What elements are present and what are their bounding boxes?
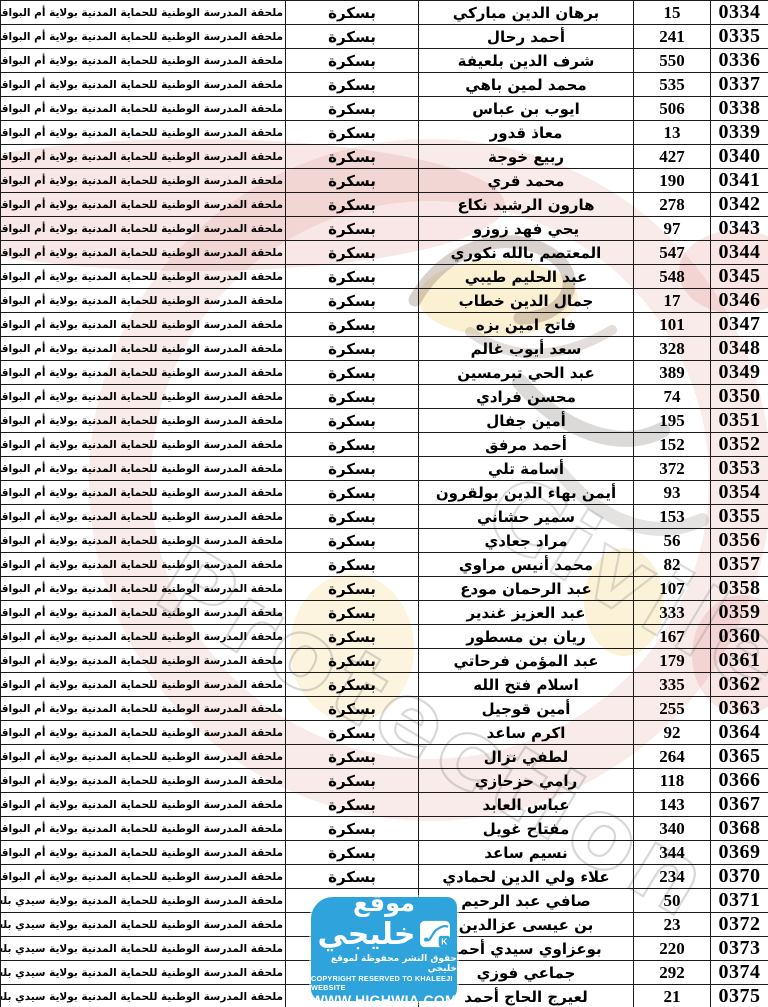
table-row: ملحقة المدرسة الوطنية للحماية المدنية بو… [1,865,768,889]
cell-school: ملحقة المدرسة الوطنية للحماية المدنية بو… [1,817,286,841]
table-row: ملحقة المدرسة الوطنية للحماية المدنية بو… [1,433,768,457]
cell-school: ملحقة المدرسة الوطنية للحماية المدنية بو… [1,913,286,937]
cell-serial: 15 [634,1,711,25]
cell-school: ملحقة المدرسة الوطنية للحماية المدنية بو… [1,865,286,889]
cell-city: بسكرة [286,385,419,409]
cell-school: ملحقة المدرسة الوطنية للحماية المدنية بو… [1,385,286,409]
cell-city: بسكرة [286,217,419,241]
table-row: ملحقة المدرسة الوطنية للحماية المدنية بو… [1,697,768,721]
cell-serial: 93 [634,481,711,505]
cell-school: ملحقة المدرسة الوطنية للحماية المدنية بو… [1,121,286,145]
cell-school: ملحقة المدرسة الوطنية للحماية المدنية بو… [1,169,286,193]
cell-id: 0374 [711,961,768,985]
cell-name: عباس العابد [419,793,634,817]
cell-school: ملحقة المدرسة الوطنية للحماية المدنية بو… [1,793,286,817]
cell-id: 0340 [711,145,768,169]
cell-city: بسكرة [286,625,419,649]
table-row: ملحقة المدرسة الوطنية للحماية المدنية بو… [1,385,768,409]
roster-table: ملحقة المدرسة الوطنية للحماية المدنية بو… [0,0,768,1007]
cell-city: بسكرة [286,313,419,337]
cell-school: ملحقة المدرسة الوطنية للحماية المدنية بو… [1,217,286,241]
cell-name: عبد الرحمان مودع [419,577,634,601]
cell-name: عبد العزيز غندير [419,601,634,625]
cell-city: بسكرة [286,337,419,361]
cell-id: 0375 [711,985,768,1007]
cell-city: بسكرة [286,697,419,721]
cell-id: 0362 [711,673,768,697]
cell-city: بسكرة [286,649,419,673]
badge-brand-word: خليجي [317,917,415,952]
cell-id: 0364 [711,721,768,745]
cell-serial: 82 [634,553,711,577]
cell-name: ربيع خوجة [419,145,634,169]
cell-city: بسكرة [286,49,419,73]
table-row: ملحقة المدرسة الوطنية للحماية المدنية بو… [1,505,768,529]
badge-site-url: WWW.HIGHWIA.COM [311,992,457,1007]
cell-id: 0354 [711,481,768,505]
cell-serial: 292 [634,961,711,985]
cell-serial: 97 [634,217,711,241]
cell-serial: 427 [634,145,711,169]
cell-id: 0342 [711,193,768,217]
cell-city: بسكرة [286,745,419,769]
cell-id: 0353 [711,457,768,481]
cell-city: بسكرة [286,265,419,289]
badge-rights-arabic: حقوق النشر محفوظة لموقع خليجي [311,954,457,974]
table-row: ملحقة المدرسة الوطنية للحماية المدنية بو… [1,601,768,625]
cell-name: عبد الحليم طيبي [419,265,634,289]
cell-school: ملحقة المدرسة الوطنية للحماية المدنية بو… [1,649,286,673]
cell-school: ملحقة المدرسة الوطنية للحماية المدنية بو… [1,697,286,721]
cell-serial: 190 [634,169,711,193]
cell-id: 0373 [711,937,768,961]
cell-school: ملحقة المدرسة الوطنية للحماية المدنية بو… [1,73,286,97]
cell-name: أحمد مرفق [419,433,634,457]
cell-serial: 179 [634,649,711,673]
table-row: ملحقة المدرسة الوطنية للحماية المدنية بو… [1,217,768,241]
cell-id: 0344 [711,241,768,265]
cell-name: نسيم ساعد [419,841,634,865]
cell-name: علاء ولي الدين لحمادي [419,865,634,889]
cell-school: ملحقة المدرسة الوطنية للحماية المدنية بو… [1,193,286,217]
table-row: ملحقة المدرسة الوطنية للحماية المدنية بو… [1,673,768,697]
cell-id: 0372 [711,913,768,937]
cell-city: بسكرة [286,793,419,817]
cell-name: أمين قوجيل [419,697,634,721]
table-row: ملحقة المدرسة الوطنية للحماية المدنية بو… [1,73,768,97]
cell-city: بسكرة [286,361,419,385]
cell-city: بسكرة [286,25,419,49]
cell-school: ملحقة المدرسة الوطنية للحماية المدنية بو… [1,313,286,337]
cell-id: 0366 [711,769,768,793]
cell-school: ملحقة المدرسة الوطنية للحماية المدنية بو… [1,481,286,505]
cell-city: بسكرة [286,553,419,577]
cell-serial: 535 [634,73,711,97]
cell-id: 0337 [711,73,768,97]
cell-serial: 92 [634,721,711,745]
cell-id: 0352 [711,433,768,457]
cell-school: ملحقة المدرسة الوطنية للحماية المدنية بو… [1,241,286,265]
logo-letter: K [441,937,447,947]
cell-name: شرف الدين بلعيفة [419,49,634,73]
cell-city: بسكرة [286,193,419,217]
cell-id: 0341 [711,169,768,193]
table-row: ملحقة المدرسة الوطنية للحماية المدنية بو… [1,529,768,553]
cell-serial: 152 [634,433,711,457]
cell-name: محمد أنيس مراوي [419,553,634,577]
cell-id: 0335 [711,25,768,49]
cell-serial: 143 [634,793,711,817]
cell-school: ملحقة المدرسة الوطنية للحماية المدنية بو… [1,673,286,697]
cell-id: 0351 [711,409,768,433]
cell-serial: 340 [634,817,711,841]
cell-serial: 255 [634,697,711,721]
cell-name: جمال الدين خطاب [419,289,634,313]
cell-city: بسكرة [286,577,419,601]
cell-city: بسكرة [286,409,419,433]
cell-serial: 333 [634,601,711,625]
cell-id: 0367 [711,793,768,817]
cell-city: بسكرة [286,721,419,745]
cell-city: بسكرة [286,241,419,265]
table-row: ملحقة المدرسة الوطنية للحماية المدنية بو… [1,553,768,577]
cell-id: 0358 [711,577,768,601]
cell-serial: 13 [634,121,711,145]
cell-school: ملحقة المدرسة الوطنية للحماية المدنية بو… [1,25,286,49]
cell-id: 0363 [711,697,768,721]
cell-city: بسكرة [286,433,419,457]
cell-school: ملحقة المدرسة الوطنية للحماية المدنية بو… [1,433,286,457]
table-row: ملحقة المدرسة الوطنية للحماية المدنية بو… [1,481,768,505]
khaleeji-logo-icon: K [419,920,451,948]
cell-name: سعد أيوب غالم [419,337,634,361]
cell-name: عبد الحي تبرمسين [419,361,634,385]
cell-school: ملحقة المدرسة الوطنية للحماية المدنية بو… [1,361,286,385]
cell-id: 0355 [711,505,768,529]
cell-id: 0336 [711,49,768,73]
cell-school: ملحقة المدرسة الوطنية للحماية المدنية بو… [1,769,286,793]
table-row: ملحقة المدرسة الوطنية للحماية المدنية بو… [1,241,768,265]
cell-serial: 107 [634,577,711,601]
cell-city: بسكرة [286,97,419,121]
cell-school: ملحقة المدرسة الوطنية للحماية المدنية بو… [1,1,286,25]
cell-city: بسكرة [286,481,419,505]
cell-serial: 344 [634,841,711,865]
cell-id: 0348 [711,337,768,361]
cell-serial: 234 [634,865,711,889]
cell-serial: 167 [634,625,711,649]
table-row: ملحقة المدرسة الوطنية للحماية المدنية بو… [1,169,768,193]
cell-id: 0334 [711,1,768,25]
cell-school: ملحقة المدرسة الوطنية للحماية المدنية بو… [1,889,286,913]
cell-city: بسكرة [286,865,419,889]
badge-rights-english: COPYRIGHT RESERVED TO KHALEEJI WEBSITE [311,974,457,992]
cell-school: ملحقة المدرسة الوطنية للحماية المدنية بو… [1,841,286,865]
cell-serial: 17 [634,289,711,313]
table-row: ملحقة المدرسة الوطنية للحماية المدنية بو… [1,289,768,313]
cell-id: 0339 [711,121,768,145]
cell-serial: 118 [634,769,711,793]
cell-name: مفتاح غويل [419,817,634,841]
table-row: ملحقة المدرسة الوطنية للحماية المدنية بو… [1,313,768,337]
cell-name: هارون الرشيد نكاع [419,193,634,217]
table-row: ملحقة المدرسة الوطنية للحماية المدنية بو… [1,793,768,817]
table-row: ملحقة المدرسة الوطنية للحماية المدنية بو… [1,121,768,145]
cell-name: اكرم ساعد [419,721,634,745]
cell-city: بسكرة [286,769,419,793]
cell-school: ملحقة المدرسة الوطنية للحماية المدنية بو… [1,289,286,313]
cell-name: المعتصم بالله نكوري [419,241,634,265]
cell-serial: 23 [634,913,711,937]
cell-city: بسكرة [286,289,419,313]
table-row: ملحقة المدرسة الوطنية للحماية المدنية بو… [1,1,768,25]
cell-school: ملحقة المدرسة الوطنية للحماية المدنية بو… [1,721,286,745]
table-row: ملحقة المدرسة الوطنية للحماية المدنية بو… [1,145,768,169]
cell-id: 0361 [711,649,768,673]
cell-id: 0360 [711,625,768,649]
table-row: ملحقة المدرسة الوطنية للحماية المدنية بو… [1,409,768,433]
cell-id: 0356 [711,529,768,553]
cell-serial: 389 [634,361,711,385]
cell-name: معاذ قدور [419,121,634,145]
cell-name: ايوب بن عباس [419,97,634,121]
cell-id: 0346 [711,289,768,313]
cell-city: بسكرة [286,73,419,97]
cell-school: ملحقة المدرسة الوطنية للحماية المدنية بو… [1,97,286,121]
cell-serial: 506 [634,97,711,121]
cell-serial: 372 [634,457,711,481]
cell-name: لطفي نزال [419,745,634,769]
cell-serial: 195 [634,409,711,433]
table-row: ملحقة المدرسة الوطنية للحماية المدنية بو… [1,625,768,649]
cell-serial: 264 [634,745,711,769]
cell-name: محمد لمين باهي [419,73,634,97]
table-row: ملحقة المدرسة الوطنية للحماية المدنية بو… [1,25,768,49]
cell-id: 0370 [711,865,768,889]
cell-school: ملحقة المدرسة الوطنية للحماية المدنية بو… [1,745,286,769]
cell-name: اسلام فتح الله [419,673,634,697]
table-row: ملحقة المدرسة الوطنية للحماية المدنية بو… [1,769,768,793]
cell-city: بسكرة [286,1,419,25]
cell-school: ملحقة المدرسة الوطنية للحماية المدنية بو… [1,265,286,289]
cell-id: 0371 [711,889,768,913]
cell-name: أمين جفال [419,409,634,433]
table-row: ملحقة المدرسة الوطنية للحماية المدنية بو… [1,841,768,865]
cell-serial: 153 [634,505,711,529]
cell-city: بسكرة [286,529,419,553]
cell-school: ملحقة المدرسة الوطنية للحماية المدنية بو… [1,985,286,1007]
cell-school: ملحقة المدرسة الوطنية للحماية المدنية بو… [1,625,286,649]
cell-name: يحي فهد زوزو [419,217,634,241]
table-row: ملحقة المدرسة الوطنية للحماية المدنية بو… [1,817,768,841]
cell-id: 0343 [711,217,768,241]
cell-city: بسكرة [286,457,419,481]
cell-serial: 550 [634,49,711,73]
cell-city: بسكرة [286,169,419,193]
cell-city: بسكرة [286,145,419,169]
table-row: ملحقة المدرسة الوطنية للحماية المدنية بو… [1,457,768,481]
table-row: ملحقة المدرسة الوطنية للحماية المدنية بو… [1,49,768,73]
table-row: ملحقة المدرسة الوطنية للحماية المدنية بو… [1,721,768,745]
table-row: ملحقة المدرسة الوطنية للحماية المدنية بو… [1,361,768,385]
cell-id: 0357 [711,553,768,577]
cell-school: ملحقة المدرسة الوطنية للحماية المدنية بو… [1,577,286,601]
cell-serial: 101 [634,313,711,337]
cell-name: سمير حشاني [419,505,634,529]
table-row: ملحقة المدرسة الوطنية للحماية المدنية بو… [1,337,768,361]
cell-school: ملحقة المدرسة الوطنية للحماية المدنية بو… [1,937,286,961]
cell-city: بسكرة [286,673,419,697]
cell-name: عبد المؤمن فرحاتي [419,649,634,673]
cell-name: برهان الدين مباركي [419,1,634,25]
cell-city: بسكرة [286,121,419,145]
cell-city: بسكرة [286,841,419,865]
cell-school: ملحقة المدرسة الوطنية للحماية المدنية بو… [1,49,286,73]
khaleeji-watermark-badge: موقع K خليجي حقوق النشر محفوظة لموقع خلي… [311,897,457,1001]
cell-serial: 328 [634,337,711,361]
cell-name: رامي حزحازي [419,769,634,793]
cell-id: 0350 [711,385,768,409]
cell-serial: 547 [634,241,711,265]
cell-name: أسامة تلي [419,457,634,481]
cell-serial: 56 [634,529,711,553]
cell-city: بسكرة [286,817,419,841]
cell-id: 0345 [711,265,768,289]
cell-id: 0365 [711,745,768,769]
cell-name: ريان بن مسطور [419,625,634,649]
cell-school: ملحقة المدرسة الوطنية للحماية المدنية بو… [1,145,286,169]
cell-id: 0369 [711,841,768,865]
cell-name: محمد قري [419,169,634,193]
cell-name: أحمد رحال [419,25,634,49]
cell-school: ملحقة المدرسة الوطنية للحماية المدنية بو… [1,553,286,577]
cell-id: 0347 [711,313,768,337]
cell-school: ملحقة المدرسة الوطنية للحماية المدنية بو… [1,337,286,361]
table-row: ملحقة المدرسة الوطنية للحماية المدنية بو… [1,577,768,601]
cell-school: ملحقة المدرسة الوطنية للحماية المدنية بو… [1,409,286,433]
badge-brand-row: K خليجي [317,917,450,952]
table-row: ملحقة المدرسة الوطنية للحماية المدنية بو… [1,193,768,217]
cell-serial: 241 [634,25,711,49]
cell-serial: 548 [634,265,711,289]
table-row: ملحقة المدرسة الوطنية للحماية المدنية بو… [1,265,768,289]
table-row: ملحقة المدرسة الوطنية للحماية المدنية بو… [1,649,768,673]
badge-site-word: موقع [353,889,415,917]
table-row: ملحقة المدرسة الوطنية للحماية المدنية بو… [1,97,768,121]
cell-name: محسن فرادي [419,385,634,409]
cell-serial: 335 [634,673,711,697]
cell-name: مراد جعادي [419,529,634,553]
cell-city: بسكرة [286,601,419,625]
cell-id: 0338 [711,97,768,121]
cell-school: ملحقة المدرسة الوطنية للحماية المدنية بو… [1,601,286,625]
cell-school: ملحقة المدرسة الوطنية للحماية المدنية بو… [1,505,286,529]
cell-id: 0359 [711,601,768,625]
cell-id: 0349 [711,361,768,385]
cell-city: بسكرة [286,505,419,529]
cell-serial: 74 [634,385,711,409]
cell-name: أيمن بهاء الدين بولقرون [419,481,634,505]
cell-school: ملحقة المدرسة الوطنية للحماية المدنية بو… [1,529,286,553]
cell-serial: 278 [634,193,711,217]
cell-serial: 21 [634,985,711,1007]
cell-school: ملحقة المدرسة الوطنية للحماية المدنية بو… [1,457,286,481]
cell-school: ملحقة المدرسة الوطنية للحماية المدنية بو… [1,961,286,985]
table-row: ملحقة المدرسة الوطنية للحماية المدنية بو… [1,745,768,769]
cell-name: فاتح امين بزه [419,313,634,337]
cell-serial: 220 [634,937,711,961]
cell-id: 0368 [711,817,768,841]
cell-serial: 50 [634,889,711,913]
